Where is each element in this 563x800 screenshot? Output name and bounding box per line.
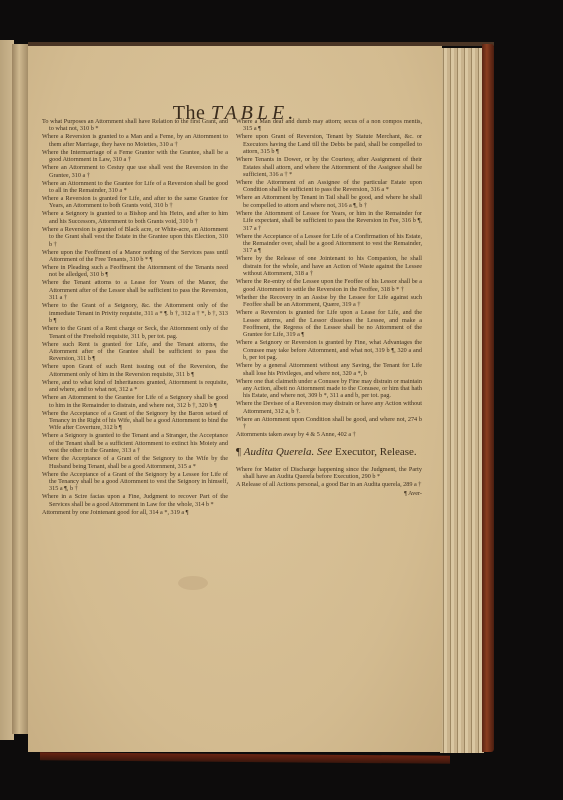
section-heading-audita-querela: ¶ Audita Querela. See Executor, Release. bbox=[236, 446, 422, 458]
index-entry: Where a Man deaf and dumb may attorn; se… bbox=[236, 118, 422, 133]
index-entry: Where for Matter of Discharge happening … bbox=[236, 466, 422, 481]
index-entry: Attornment by one Jointenant good for al… bbox=[42, 509, 228, 516]
index-entry: Where an Attornment to Cestuy que use sh… bbox=[42, 164, 228, 179]
index-entry: Where a Seignory is granted to the Tenan… bbox=[42, 432, 228, 454]
right-column: Where a Man deaf and dumb may attorn; se… bbox=[236, 118, 422, 498]
index-entry: Where an Attornment by Tenant in Tail sh… bbox=[236, 194, 422, 209]
index-entry: Where a Reversion is granted to a Man an… bbox=[42, 133, 228, 148]
index-entry: Where an Attornment to the Grantee for L… bbox=[42, 180, 228, 195]
index-entry: Where an Attornment to the Grantee for L… bbox=[42, 394, 228, 409]
index-entry: Where in a Scire facias upon a Fine, Jud… bbox=[42, 493, 228, 508]
index-entry: Where a Seignory is granted to a Bishop … bbox=[42, 210, 228, 225]
catchword: ¶ Aver- bbox=[236, 490, 422, 497]
index-entry: Where such Rent is granted for Life, and… bbox=[42, 341, 228, 363]
index-entry: Where, and to what kind of Inheritances … bbox=[42, 379, 228, 394]
index-entry: Where a Reversion is granted of Black ac… bbox=[42, 226, 228, 248]
index-entry: Where to the Grant of a Rent charge or S… bbox=[42, 325, 228, 340]
pilcrow-mark: ¶ bbox=[236, 446, 241, 458]
page-stack-edge bbox=[440, 48, 484, 753]
index-entry: Where by a general Attornment without an… bbox=[236, 362, 422, 377]
index-entry: Where the Re-entry of the Lessee upon th… bbox=[236, 278, 422, 293]
index-entry: Where Tenants in Dower, or by the Courte… bbox=[236, 156, 422, 178]
index-entry: Where one that claimeth under a Conusee … bbox=[236, 378, 422, 400]
index-entry: Where upon Grant of Reversion, Tenant by… bbox=[236, 133, 422, 155]
book-cover-right-edge bbox=[482, 44, 494, 752]
index-entry: Where the Attornment of an Assignee of t… bbox=[236, 179, 422, 194]
index-entry: Where the Devisee of a Reversion may dis… bbox=[236, 400, 422, 415]
index-entry: Attornments taken away by 4 & 5 Anne, 40… bbox=[236, 431, 422, 438]
index-entry: Where the Acceptance of a Grant of the S… bbox=[42, 455, 228, 470]
index-entry: Where a Reversion is granted for Life up… bbox=[236, 309, 422, 339]
index-entry: Where upon Grant of such Rent issuing ou… bbox=[42, 363, 228, 378]
section-term: Audita Querela. bbox=[244, 446, 314, 458]
index-entry: Where the Tenant attorns to a Lease for … bbox=[42, 279, 228, 301]
index-entry: Where in Pleading such a Feoffment the A… bbox=[42, 264, 228, 279]
index-entry: Where upon the Feoffment of a Manor noth… bbox=[42, 249, 228, 264]
index-entry: Where by the Release of one Jointenant t… bbox=[236, 255, 422, 277]
index-entry: Where a Seignory or Reversion is granted… bbox=[236, 339, 422, 361]
index-entry: Where to the Grant of a Seignory, &c. th… bbox=[42, 302, 228, 324]
index-entry: Where the Attornment of Lessee for Years… bbox=[236, 210, 422, 232]
book-page: The TABLE. To what Purposes an Attornmen… bbox=[28, 46, 442, 752]
index-entry: Where the Intermarriage of a Feme Granto… bbox=[42, 149, 228, 164]
index-entry: Where a Reversion is granted for Life, a… bbox=[42, 195, 228, 210]
paper-stain bbox=[178, 576, 208, 590]
book-cover-bottom-edge bbox=[40, 752, 450, 764]
see-reference-label: See bbox=[317, 446, 332, 458]
index-entry: A Release of all Actions personal, a goo… bbox=[236, 481, 422, 488]
left-column: To what Purposes an Attornment shall hav… bbox=[42, 118, 228, 517]
see-references: Executor, Release. bbox=[335, 446, 417, 458]
index-entry: To what Purposes an Attornment shall hav… bbox=[42, 118, 228, 133]
index-entry: Where the Acceptance of a Lessee for Lif… bbox=[236, 233, 422, 255]
index-entry: Where the Acceptance of a Grant of the S… bbox=[42, 471, 228, 493]
index-entry: Where the Acceptance of a Grant of the S… bbox=[42, 410, 228, 432]
book-gutter bbox=[12, 44, 28, 734]
index-entry: Whether the Recovery in an Assise by the… bbox=[236, 294, 422, 309]
index-entry: Where an Attornment upon Condition shall… bbox=[236, 416, 422, 431]
